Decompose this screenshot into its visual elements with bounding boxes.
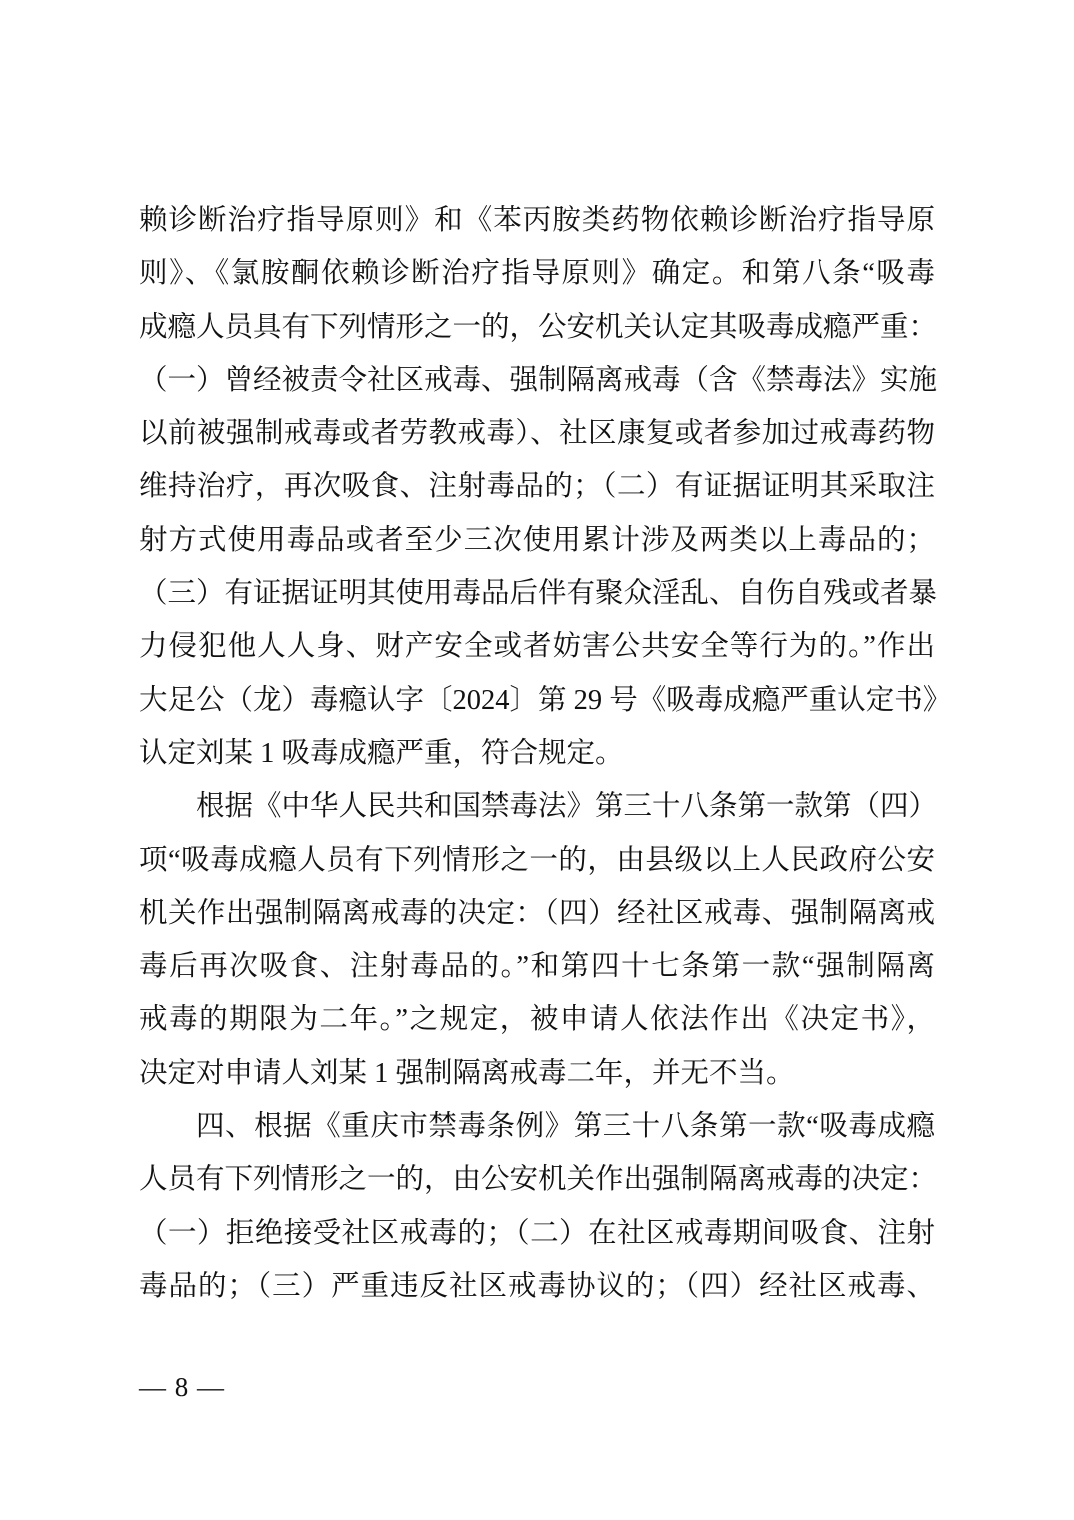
doc-line-paragraph-end: 认定刘某 1 吸毒成瘾严重，符合规定。 [139, 727, 935, 780]
doc-line: （一）拒绝接受社区戒毒的；（二）在社区戒毒期间吸食、注射 [139, 1207, 935, 1260]
doc-line: 赖诊断治疗指导原则》和《苯丙胺类药物依赖诊断治疗指导原 [139, 194, 935, 247]
doc-line: 维持治疗，再次吸食、注射毒品的；（二）有证据证明其采取注 [139, 460, 935, 513]
page-number: — 8 — [139, 1371, 225, 1404]
doc-line: 大足公（龙）毒瘾认字〔2024〕第 29 号《吸毒成瘾严重认定书》 [139, 674, 935, 727]
doc-line: 则》、《氯胺酮依赖诊断治疗指导原则》确定。和第八条“吸毒 [139, 247, 935, 300]
document-page: 赖诊断治疗指导原则》和《苯丙胺类药物依赖诊断治疗指导原 则》、《氯胺酮依赖诊断治… [0, 0, 1074, 1520]
doc-line-paragraph-start: 根据《中华人民共和国禁毒法》第三十八条第一款第（四） [139, 780, 935, 833]
doc-line: 以前被强制戒毒或者劳教戒毒）、社区康复或者参加过戒毒药物 [139, 407, 935, 460]
doc-line: 毒品的；（三）严重违反社区戒毒协议的；（四）经社区戒毒、 [139, 1260, 935, 1313]
doc-line-paragraph-end: 决定对申请人刘某 1 强制隔离戒毒二年，并无不当。 [139, 1047, 935, 1100]
doc-line: （一）曾经被责令社区戒毒、强制隔离戒毒（含《禁毒法》实施 [139, 354, 935, 407]
doc-line-paragraph-start: 四、根据《重庆市禁毒条例》第三十八条第一款“吸毒成瘾 [139, 1100, 935, 1153]
doc-line: 毒后再次吸食、注射毒品的。”和第四十七条第一款“强制隔离 [139, 940, 935, 993]
doc-line: （三）有证据证明其使用毒品后伴有聚众淫乱、自伤自残或者暴 [139, 567, 935, 620]
doc-line: 射方式使用毒品或者至少三次使用累计涉及两类以上毒品的； [139, 514, 935, 567]
document-body-text: 赖诊断治疗指导原则》和《苯丙胺类药物依赖诊断治疗指导原 则》、《氯胺酮依赖诊断治… [139, 194, 935, 1313]
doc-line: 戒毒的期限为二年。”之规定，被申请人依法作出《决定书》， [139, 993, 935, 1046]
doc-line: 人员有下列情形之一的，由公安机关作出强制隔离戒毒的决定： [139, 1153, 935, 1206]
doc-line: 成瘾人员具有下列情形之一的，公安机关认定其吸毒成瘾严重： [139, 301, 935, 354]
doc-line: 机关作出强制隔离戒毒的决定：（四）经社区戒毒、强制隔离戒 [139, 887, 935, 940]
doc-line: 项“吸毒成瘾人员有下列情形之一的，由县级以上人民政府公安 [139, 834, 935, 887]
doc-line: 力侵犯他人人身、财产安全或者妨害公共安全等行为的。”作出 [139, 620, 935, 673]
